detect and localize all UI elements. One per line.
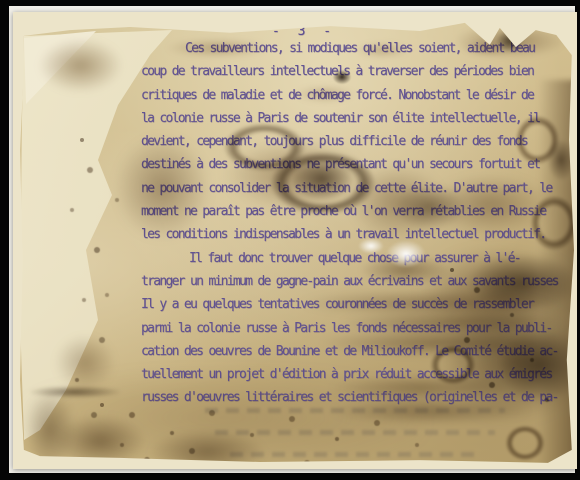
scanned-document-view: - 3 - Ces subventions, si modiques qu'el… xyxy=(0,0,580,480)
typed-line: ne pouvant consolider la situation de ce… xyxy=(141,177,558,200)
typed-line: coup de travailleurs intellectuels à tra… xyxy=(141,60,558,83)
typed-line: tranger un minimum de gagne-pain aux écr… xyxy=(141,270,558,293)
typed-line: moment ne paraît pas être proche où l'on… xyxy=(141,200,558,223)
typed-line: la colonie russe à Paris de soutenir son… xyxy=(141,107,558,130)
ink-bleedthrough xyxy=(215,430,495,435)
stain-speckles xyxy=(100,403,104,407)
typed-text-block: Ces subventions, si modiques qu'elles so… xyxy=(141,37,558,410)
typed-line: russes d'oeuvres littéraires et scientif… xyxy=(141,386,558,409)
stain-ring xyxy=(505,425,545,461)
ink-bleedthrough xyxy=(230,452,480,457)
typed-line: Il y a eu quelques tentatives couronnées… xyxy=(141,293,558,316)
ink-bleedthrough xyxy=(205,408,505,413)
typed-page: - 3 - Ces subventions, si modiques qu'el… xyxy=(20,18,574,466)
typed-line: devient, cependant, toujours plus diffic… xyxy=(141,130,558,153)
typed-line: parmi la colonie russe à Paris les fonds… xyxy=(141,317,558,340)
typed-line: tuellement un projet d'édition à prix ré… xyxy=(141,363,558,386)
typed-line: Il faut donc trouver quelque chose pour … xyxy=(141,247,558,270)
typed-line: Ces subventions, si modiques qu'elles so… xyxy=(141,37,558,60)
typed-line: les conditions indispensables à un trava… xyxy=(141,223,558,246)
typed-line: destinés à des subventions ne présentant… xyxy=(141,153,558,176)
typed-line: critiques de maladie et de chômage forcé… xyxy=(141,84,558,107)
typed-line: cation des oeuvres de Bounine et de Mili… xyxy=(141,340,558,363)
